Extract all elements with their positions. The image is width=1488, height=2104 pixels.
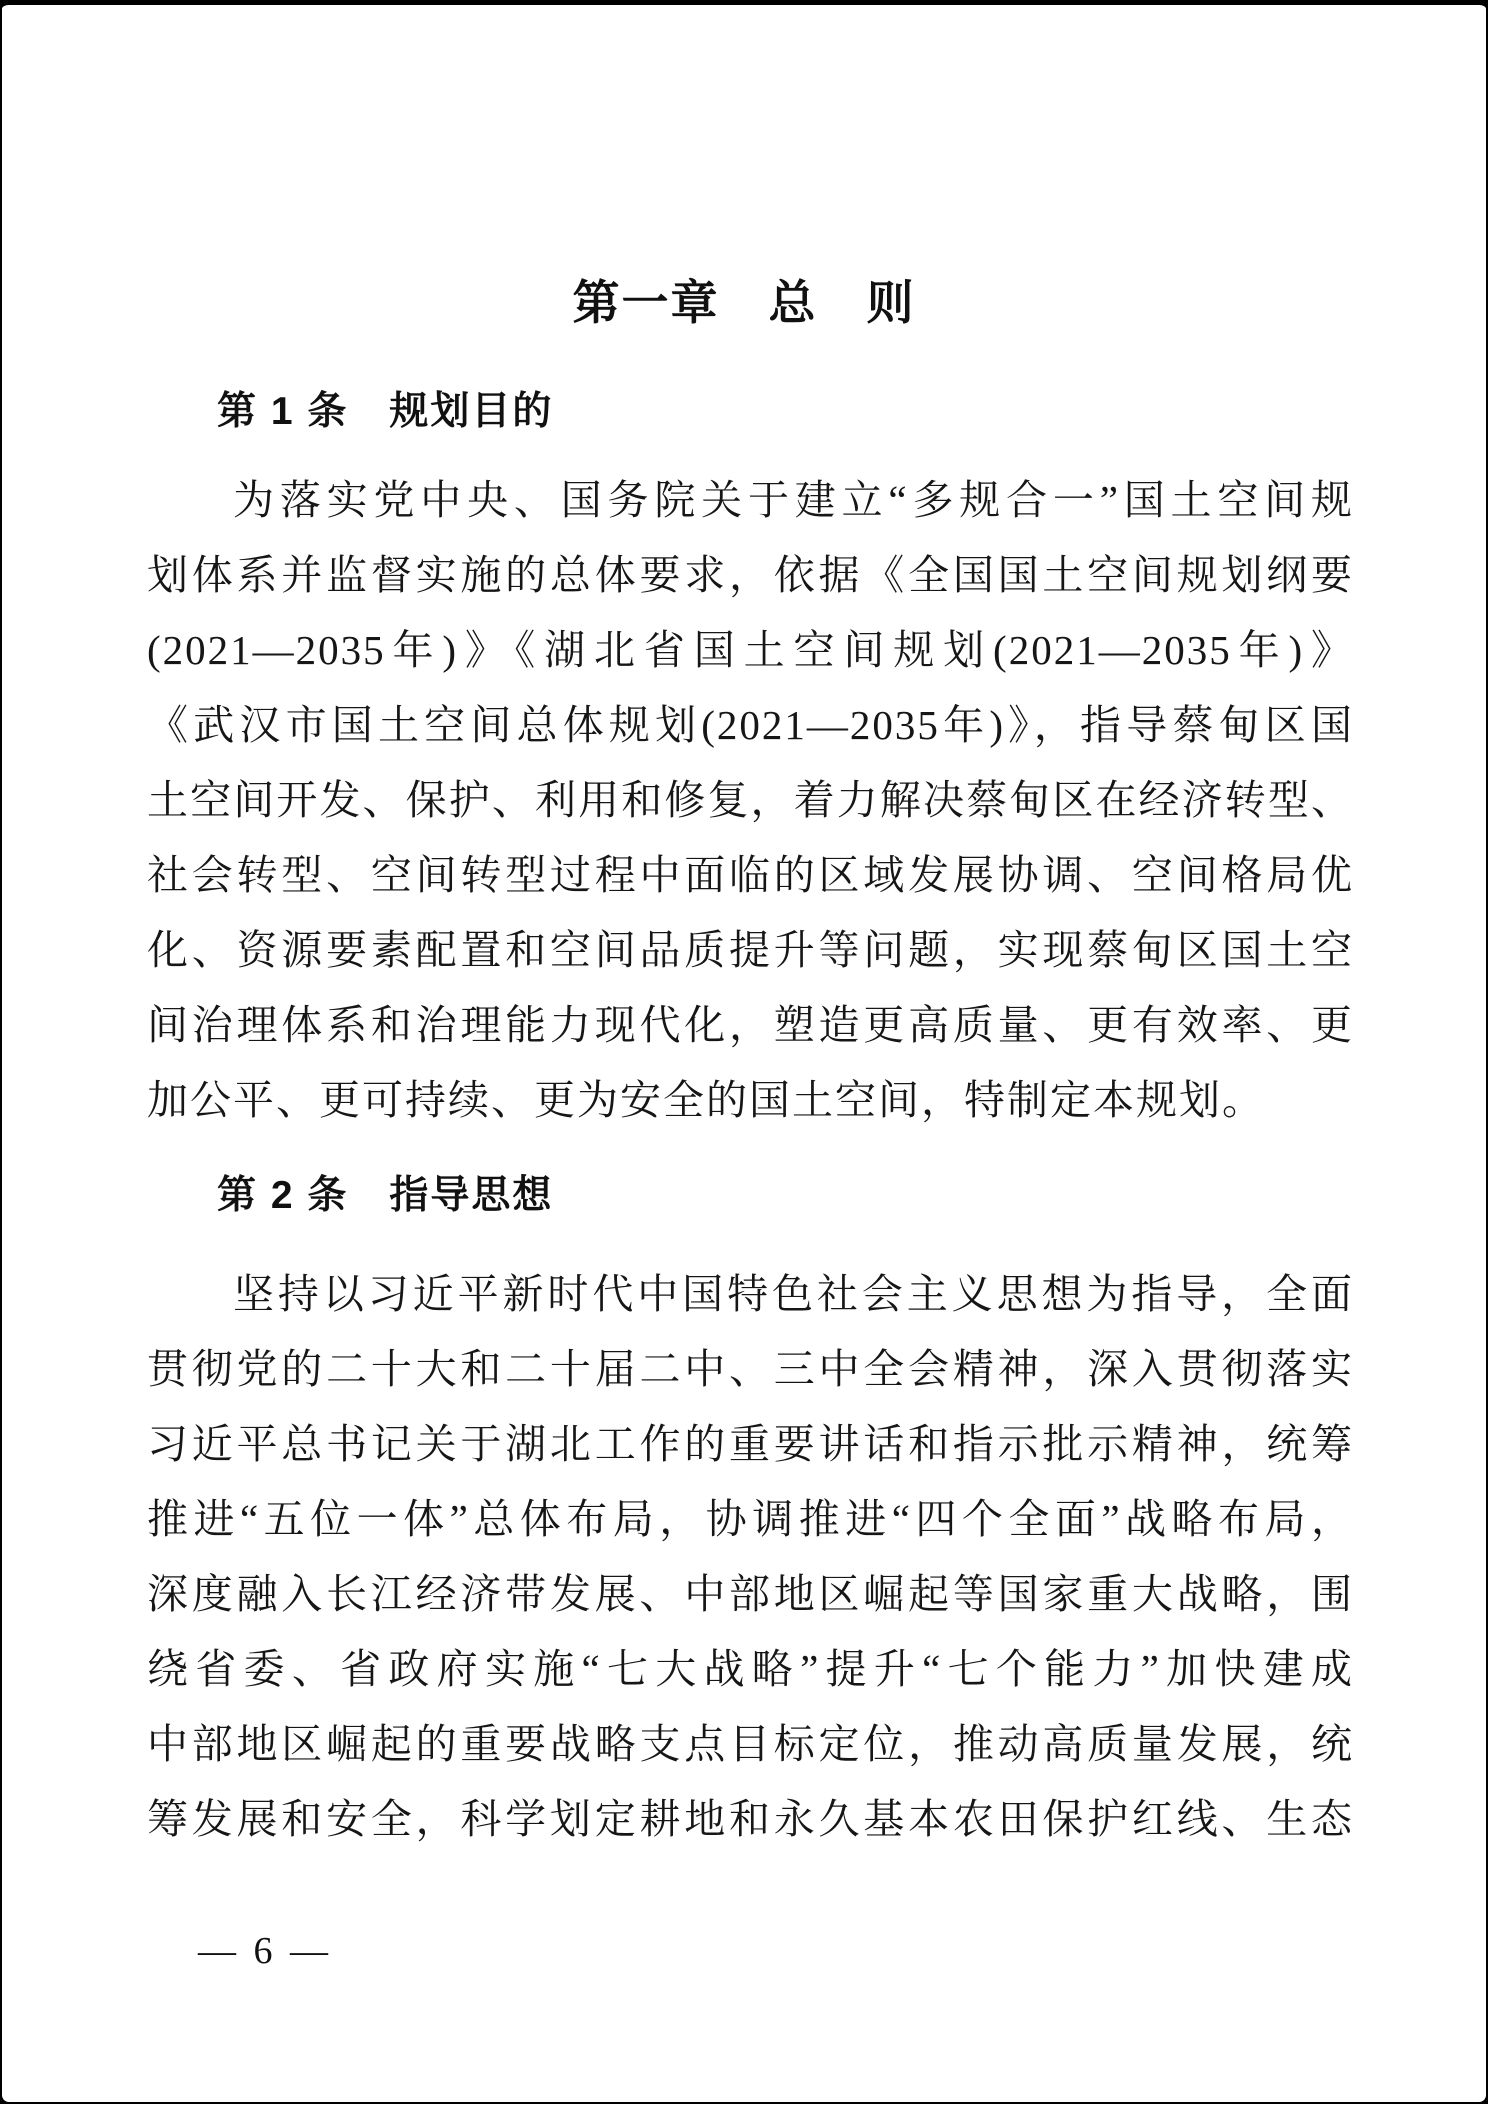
text-line: 为落实党中央、国务院关于建立“多规合一”国土空间规 bbox=[147, 463, 1354, 538]
page-number: — 6 — bbox=[198, 1927, 332, 1975]
text-line: 贯彻党的二十大和二十届二中、三中全会精神，深入贯彻落实 bbox=[147, 1332, 1354, 1407]
chapter-title: 第一章 总 则 bbox=[2, 273, 1486, 333]
text-line: 筹发展和安全，科学划定耕地和永久基本农田保护红线、生态 bbox=[147, 1782, 1354, 1857]
document-page: 第一章 总 则 第 1 条 规划目的 为落实党中央、国务院关于建立“多规合一”国… bbox=[0, 0, 1488, 2104]
article-2-paragraph: 坚持以习近平新时代中国特色社会主义思想为指导，全面贯彻党的二十大和二十届二中、三… bbox=[147, 1257, 1354, 1857]
text-line: 划体系并监督实施的总体要求，依据《全国国土空间规划纲要 bbox=[147, 538, 1354, 613]
article-2-heading: 第 2 条 指导思想 bbox=[147, 1171, 1354, 1221]
text-line: 化、资源要素配置和空间品质提升等问题，实现蔡甸区国土空 bbox=[147, 913, 1354, 988]
text-line: 中部地区崛起的重要战略支点目标定位，推动高质量发展，统 bbox=[147, 1707, 1354, 1782]
text-line: (2021—2035年)》《湖北省国土空间规划(2021—2035年)》 bbox=[147, 613, 1354, 688]
text-line: 土空间开发、保护、利用和修复，着力解决蔡甸区在经济转型、 bbox=[147, 763, 1354, 838]
text-line: 社会转型、空间转型过程中面临的区域发展协调、空间格局优 bbox=[147, 838, 1354, 913]
text-line: 习近平总书记关于湖北工作的重要讲话和指示批示精神，统筹 bbox=[147, 1407, 1354, 1482]
text-line: 推进“五位一体”总体布局，协调推进“四个全面”战略布局， bbox=[147, 1482, 1354, 1557]
text-line: 坚持以习近平新时代中国特色社会主义思想为指导，全面 bbox=[147, 1257, 1354, 1332]
text-line: 《武汉市国土空间总体规划(2021—2035年)》，指导蔡甸区国 bbox=[147, 688, 1354, 763]
text-line: 间治理体系和治理能力现代化，塑造更高质量、更有效率、更 bbox=[147, 988, 1354, 1063]
article-1-paragraph: 为落实党中央、国务院关于建立“多规合一”国土空间规划体系并监督实施的总体要求，依… bbox=[147, 463, 1354, 1138]
article-1-heading: 第 1 条 规划目的 bbox=[147, 387, 1354, 437]
text-line: 加公平、更可持续、更为安全的国土空间，特制定本规划。 bbox=[147, 1063, 1354, 1138]
text-line: 深度融入长江经济带发展、中部地区崛起等国家重大战略，围 bbox=[147, 1557, 1354, 1632]
text-line: 绕省委、省政府实施“七大战略”提升“七个能力”加快建成 bbox=[147, 1632, 1354, 1707]
